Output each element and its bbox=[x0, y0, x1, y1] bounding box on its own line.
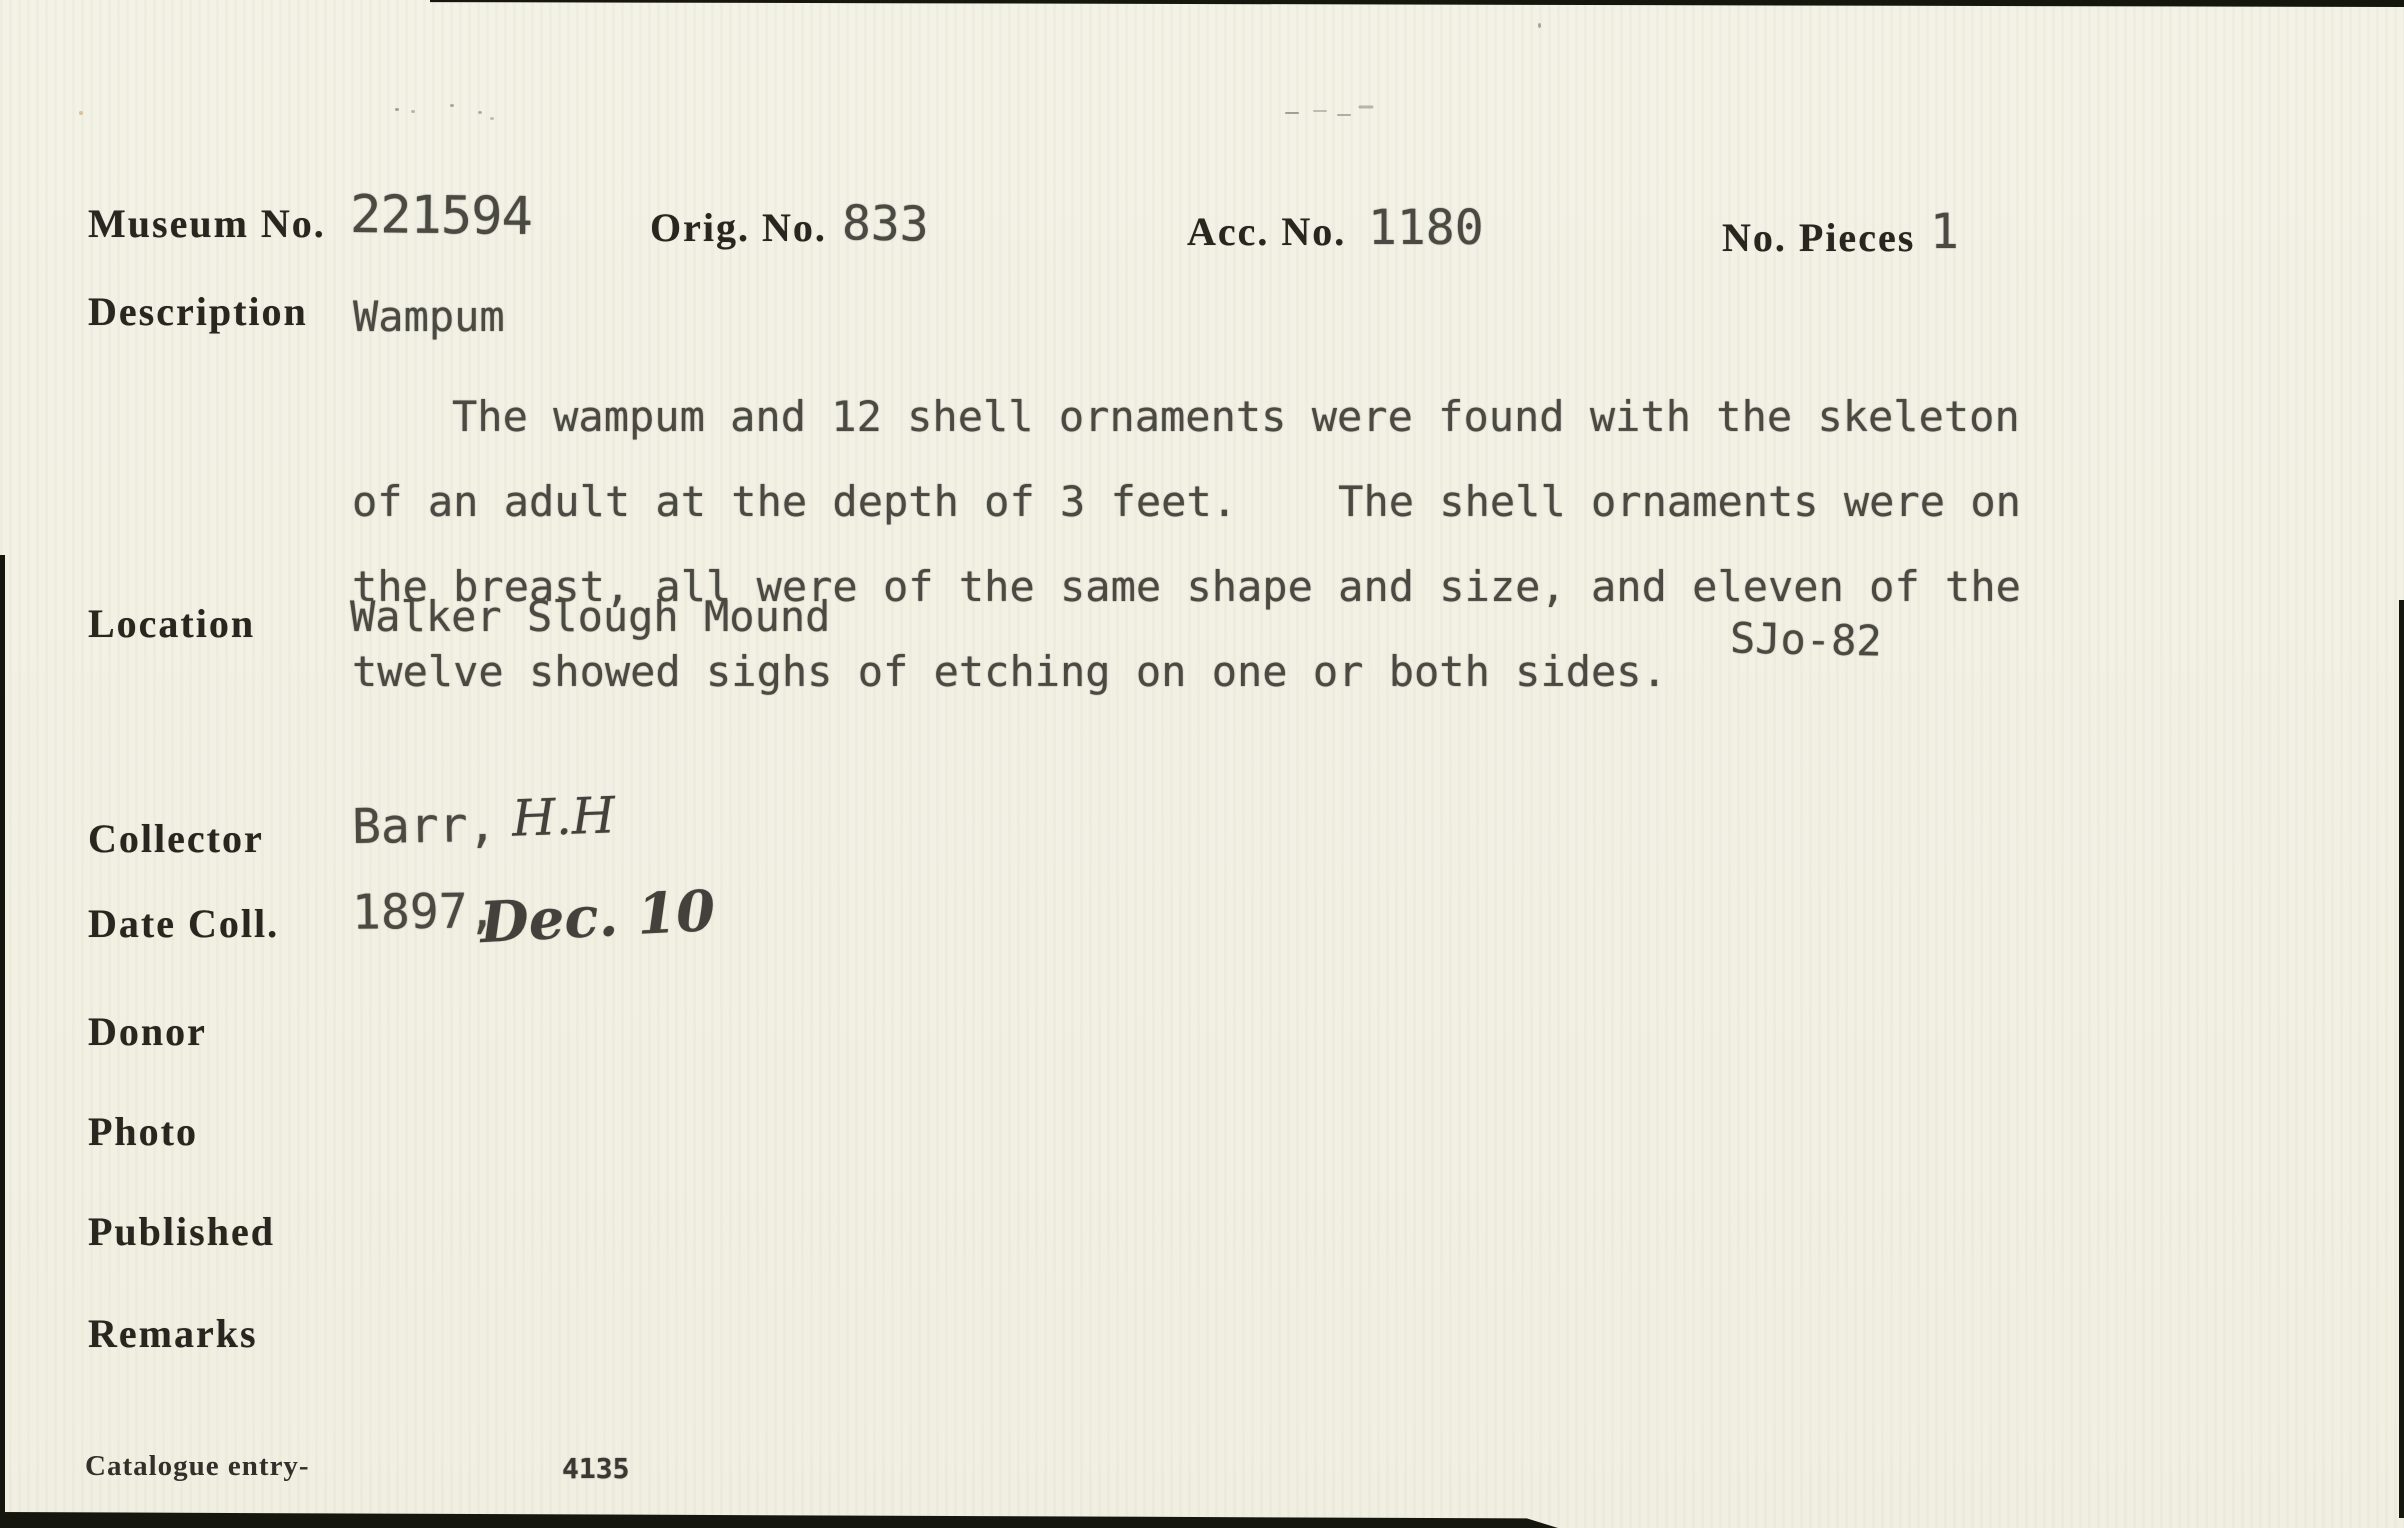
scan-smudge bbox=[1285, 112, 1299, 114]
site-code: SJo-82 bbox=[1730, 613, 1883, 665]
description-line: of an adult at the depth of 3 feet. The … bbox=[352, 477, 2072, 526]
scan-edge-left bbox=[0, 555, 5, 1528]
collector-typed-value: Barr, bbox=[352, 797, 497, 855]
orig-no-value: 833 bbox=[842, 195, 930, 253]
paper-speck bbox=[1538, 23, 1541, 28]
scan-smudge bbox=[395, 108, 399, 111]
scan-edge-top bbox=[430, 0, 2404, 7]
description-line: The wampum and 12 shell ornaments were f… bbox=[352, 392, 2072, 441]
remarks-label: Remarks bbox=[88, 1310, 258, 1357]
orig-no-label: Orig. No. bbox=[650, 204, 827, 251]
catalogue-entry-label: Catalogue entry- bbox=[85, 1450, 310, 1483]
acc-no-label: Acc. No. bbox=[1187, 208, 1346, 255]
catalogue-entry-number: 4135 bbox=[562, 1452, 629, 1485]
collector-label: Collector bbox=[88, 815, 264, 862]
description-paragraph: The wampum and 12 shell ornaments were f… bbox=[352, 356, 2072, 732]
paper-speck bbox=[79, 111, 83, 115]
acc-no-value: 1180 bbox=[1368, 200, 1484, 256]
photo-label: Photo bbox=[88, 1108, 198, 1155]
museum-no-label: Museum No. bbox=[88, 200, 326, 247]
scan-edge-bottom bbox=[0, 1512, 1558, 1528]
no-pieces-label: No. Pieces bbox=[1722, 214, 1915, 261]
description-label: Description bbox=[88, 288, 308, 335]
location-value: Walker Slough Mound bbox=[350, 592, 830, 641]
date-coll-label: Date Coll. bbox=[88, 900, 279, 947]
published-label: Published bbox=[88, 1208, 275, 1255]
date-coll-typed-value: 1897, bbox=[352, 883, 497, 941]
collector-handwritten-value: H.H bbox=[511, 786, 616, 848]
location-label: Location bbox=[88, 600, 255, 647]
scan-edge-right bbox=[2399, 600, 2404, 1518]
museum-no-value: 221594 bbox=[350, 185, 532, 247]
donor-label: Donor bbox=[88, 1008, 207, 1055]
catalog-card: Museum No. 221594 Orig. No. 833 Acc. No.… bbox=[0, 0, 2404, 1528]
no-pieces-value: 1 bbox=[1930, 204, 1959, 260]
description-title: Wampum bbox=[353, 292, 505, 341]
date-coll-handwritten-value: Dec. 10 bbox=[478, 878, 716, 956]
